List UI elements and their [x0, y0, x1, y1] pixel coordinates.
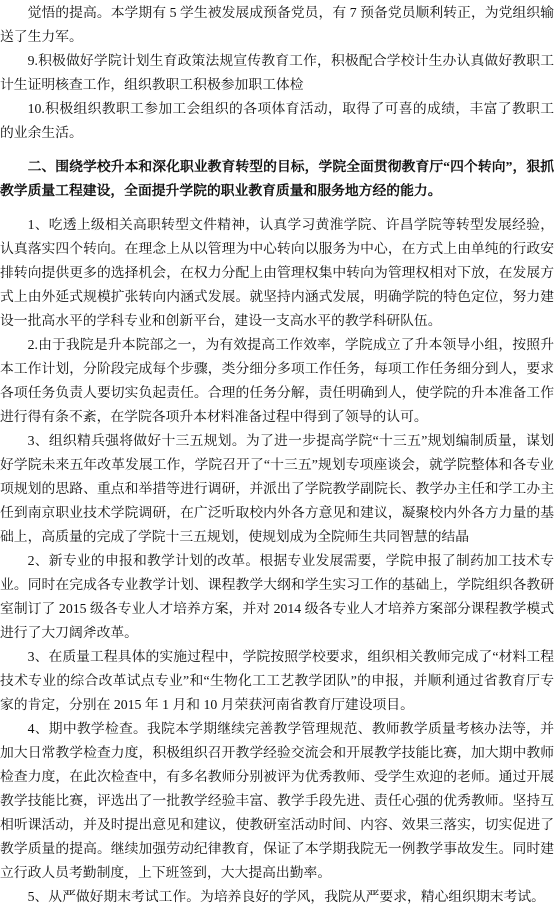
paragraph-item-5: 5、从严做好期末考试工作。为培养良好的学风，我院从严要求，精心组织期末考试。: [0, 885, 554, 909]
paragraph-item-2b: 2、新专业的申报和教学计划的改革。根据专业发展需要，学院申报了制药加工技术专业。…: [0, 549, 554, 645]
paragraph-item-4: 4、期中教学检查。我院本学期继续完善教学管理规范、教师教学质量考核办法等，并加大…: [0, 717, 554, 885]
document-page: 觉悟的提高。本学期有 5 学生被发展成预备党员，有 7 预备党员顺利转正，为党组…: [0, 0, 554, 909]
paragraph-item-2: 2.由于我院是升本院部之一，为有效提高工作效率，学院成立了升本领导小组，按照升本…: [0, 333, 554, 429]
paragraph-item-10: 10.积极组织教职工参加工会组织的各项体育活动，取得了可喜的成绩，丰富了教职工的…: [0, 97, 554, 145]
paragraph-item-9: 9.积极做好学院计划生育政策法规宣传教育工作，积极配合学校计生办认真做好教职工计…: [0, 49, 554, 97]
paragraph-item-1: 1、吃透上级相关高职转型文件精神，认真学习黄淮学院、许昌学院等转型发展经验，认真…: [0, 213, 554, 333]
paragraph-overflow-continuation: 觉悟的提高。本学期有 5 学生被发展成预备党员，有 7 预备党员顺利转正，为党组…: [0, 1, 554, 49]
paragraph-item-3: 3、组织精兵强将做好十三五规划。为了进一步提高学院“十三五”规划编制质量，谋划好…: [0, 429, 554, 549]
section-heading-2: 二、围绕学校升本和深化职业教育转型的目标，学院全面贯彻教育厅“四个转向”，狠抓教…: [0, 155, 554, 203]
paragraph-item-3b: 3、在质量工程具体的实施过程中，学院按照学校要求，组织相关教师完成了“材料工程技…: [0, 645, 554, 717]
